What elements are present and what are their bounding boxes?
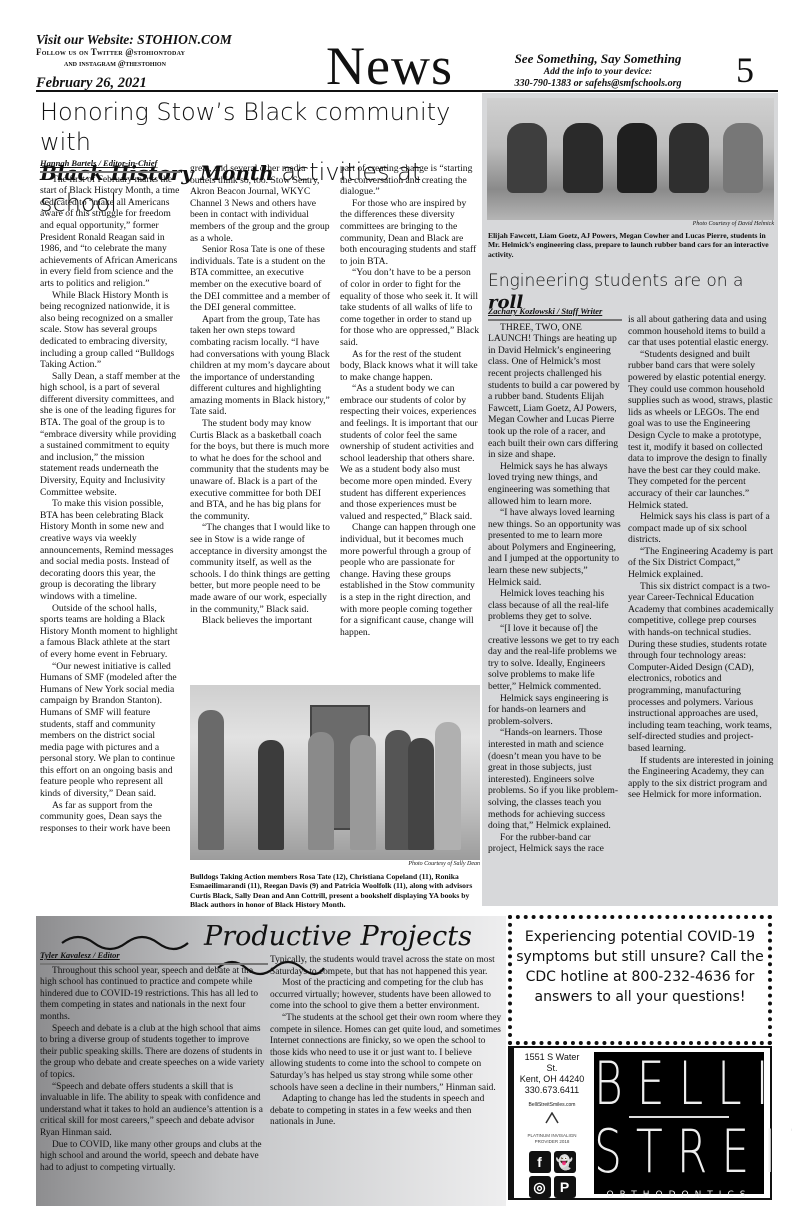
- person-shape: [198, 710, 224, 850]
- headline-line-1: Honoring Stow’s Black community with: [40, 97, 480, 157]
- ad-address-line-1: 1551 S Water St.: [518, 1052, 586, 1074]
- paragraph: Helmick says he has always loved trying …: [488, 461, 622, 507]
- covid-hotline-box: Experiencing potential COVID-19 symptoms…: [508, 915, 772, 1045]
- section-title: News: [326, 40, 453, 92]
- paragraph: Typically, the students would travel acr…: [270, 955, 502, 978]
- snapchat-icon[interactable]: 👻: [554, 1151, 576, 1173]
- person-shape: [617, 123, 657, 193]
- paragraph: great, and several other media outlets t…: [190, 163, 332, 244]
- tip-title: See Something, Say Something: [498, 52, 698, 66]
- bta-group-photo: [190, 685, 480, 860]
- headline-text: Engineering students are on a: [488, 271, 743, 291]
- wave-ornament-icon: [60, 931, 190, 951]
- ad-brand-belli: BELLI: [594, 1051, 764, 1119]
- paragraph: “I have always loved learning new things…: [488, 507, 622, 588]
- masthead-left: Visit our Website: STOHION.COM Follow us…: [36, 33, 286, 91]
- photo-credit: Photo Courtesy of Sally Dean: [190, 861, 480, 867]
- paragraph: For the rubber-band car project, Helmick…: [488, 832, 622, 855]
- ad-badge: PLATINUM INVISALIGN PROVIDER 2018: [518, 1133, 586, 1145]
- paragraph: As far as support from the community goe…: [40, 800, 180, 835]
- paragraph: To make this vision possible, BTA has be…: [40, 498, 180, 602]
- twitter-handle: Follow us on Twitter @stohiontoday: [36, 47, 286, 58]
- paragraph: “The students at the school get their ow…: [270, 1013, 502, 1094]
- paragraph: Apart from the group, Tate has taken her…: [190, 314, 332, 418]
- paragraph: THREE, TWO, ONE LAUNCH! Things are heati…: [488, 322, 622, 461]
- person-shape: [258, 740, 284, 850]
- paragraph: “The Engineering Academy is part of the …: [628, 546, 774, 581]
- ad-address-line-2: Kent, OH 44240: [518, 1074, 586, 1085]
- tip-contact: 330-790-1383 or safehs@smfschools.org: [498, 78, 698, 90]
- paragraph: “As a student body we can embrace our st…: [340, 383, 480, 522]
- person-shape: [669, 123, 709, 193]
- paragraph: “Our newest initiative is called Humans …: [40, 661, 180, 800]
- pp-column-1: Tyler Kavalesz / Editor Throughout this …: [40, 950, 268, 1174]
- person-shape: [723, 123, 763, 193]
- ad-logo: BELLI STREIT ORTHODONTICS: [594, 1052, 764, 1194]
- bhm-column-3: part of creating change is “starting the…: [340, 163, 480, 638]
- paragraph: For those who are inspired by the differ…: [340, 198, 480, 268]
- paragraph: Helmick says engineering is for hands-on…: [488, 693, 622, 728]
- bhm-column-1: Hannah Bartels / Editor-in-Chief The fir…: [40, 158, 180, 834]
- invisalign-logo-icon: [544, 1112, 560, 1124]
- person-shape: [507, 123, 547, 193]
- paragraph: “[I love it because of] the creative les…: [488, 623, 622, 693]
- paragraph: Helmick loves teaching his class because…: [488, 588, 622, 623]
- ad-phone: 330.673.6411: [518, 1085, 586, 1096]
- paragraph: The first of February marks the start of…: [40, 174, 180, 290]
- tip-line: See Something, Say Something Add the inf…: [498, 52, 698, 90]
- paragraph: This six district compact is a two-year …: [628, 581, 774, 755]
- engineering-column-2: is all about gathering data and using co…: [628, 314, 774, 801]
- paragraph: Most of the practicing and competing for…: [270, 978, 502, 1013]
- engineering-column-1: Zachary Kozlowski / Staff Writer THREE, …: [488, 306, 622, 855]
- ad-brand-orthodontics: ORTHODONTICS: [594, 1190, 764, 1200]
- paragraph: If students are interested in joining th…: [628, 755, 774, 801]
- person-shape: [308, 732, 334, 850]
- issue-date: February 26, 2021: [36, 75, 286, 91]
- person-shape: [408, 738, 434, 850]
- photo-caption: Elijah Fawcett, Liam Goetz, AJ Powers, M…: [488, 231, 774, 259]
- byline: Hannah Bartels / Editor-in-Chief: [40, 158, 180, 173]
- paragraph: While Black History Month is being recog…: [40, 290, 180, 371]
- paragraph: As for the rest of the student body, Bla…: [340, 349, 480, 384]
- paragraph: Helmick says his class is part of a comp…: [628, 511, 774, 546]
- paragraph: Change can happen through one individual…: [340, 522, 480, 638]
- instagram-icon[interactable]: ◎: [529, 1176, 551, 1198]
- belli-streit-ad[interactable]: 1551 S Water St. Kent, OH 44240 330.673.…: [508, 1046, 772, 1200]
- instagram-handle: and instagram @thestohion: [36, 58, 286, 69]
- paragraph: “Speech and debate offers students a ski…: [40, 1082, 268, 1140]
- paragraph: The student body may know Curtis Black a…: [190, 418, 332, 522]
- person-shape: [435, 722, 461, 850]
- paragraph: Speech and debate is a club at the high …: [40, 1024, 268, 1082]
- facebook-icon[interactable]: f: [529, 1151, 551, 1173]
- ad-brand-streit: STREIT: [594, 1119, 764, 1187]
- website-link[interactable]: Visit our Website: STOHION.COM: [36, 33, 286, 47]
- section-title: Productive Projects: [194, 921, 482, 952]
- paragraph: Sally Dean, a staff member at the high s…: [40, 371, 180, 499]
- ad-contact-info: 1551 S Water St. Kent, OH 44240 330.673.…: [518, 1052, 586, 1198]
- paragraph: Senior Rosa Tate is one of these individ…: [190, 244, 332, 314]
- photo-credit: Photo Courtesy of David Helmick: [487, 221, 774, 227]
- paragraph: Adapting to change has led the students …: [270, 1094, 502, 1129]
- paragraph: “Students designed and built rubber band…: [628, 349, 774, 511]
- pp-column-2: Typically, the students would travel acr…: [270, 955, 502, 1129]
- paragraph: is all about gathering data and using co…: [628, 314, 774, 349]
- page-number: 5: [736, 52, 754, 88]
- byline: Zachary Kozlowski / Staff Writer: [488, 306, 622, 321]
- photo-caption: Bulldogs Taking Action members Rosa Tate…: [190, 872, 482, 910]
- paragraph: “The changes that I would like to see in…: [190, 522, 332, 615]
- person-shape: [563, 123, 603, 193]
- pinterest-icon[interactable]: P: [554, 1176, 576, 1198]
- masthead-rule: [36, 90, 778, 92]
- paragraph: “You don’t have to be a person of color …: [340, 267, 480, 348]
- paragraph: Throughout this school year, speech and …: [40, 966, 268, 1024]
- byline: Tyler Kavalesz / Editor: [40, 950, 268, 965]
- paragraph: Outside of the school halls, sports team…: [40, 603, 180, 661]
- paragraph: “Hands-on learners. Those interested in …: [488, 727, 622, 831]
- engineering-photo: [487, 98, 774, 220]
- bhm-column-2: great, and several other media outlets t…: [190, 163, 332, 627]
- ad-social-icons: f 👻 ◎ P: [518, 1151, 586, 1198]
- paragraph: Black believes the important: [190, 615, 332, 627]
- person-shape: [350, 735, 376, 850]
- paragraph: part of creating change is “starting the…: [340, 163, 480, 198]
- paragraph: Due to COVID, like many other groups and…: [40, 1140, 268, 1175]
- tip-subtitle: Add the info to your device:: [498, 66, 698, 78]
- ad-website[interactable]: BelliStreitSmiles.com: [518, 1102, 586, 1108]
